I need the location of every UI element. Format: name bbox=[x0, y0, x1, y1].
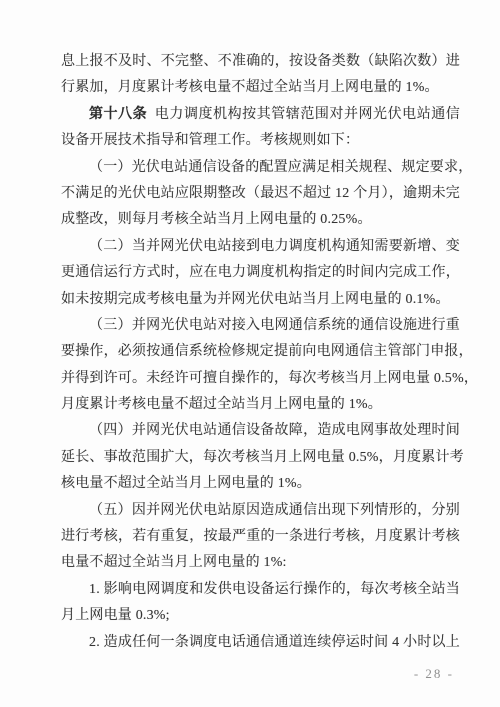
text-line-article-heading: 第十八条电力调度机构按其管辖范围对并网光伏电站通信 bbox=[61, 102, 460, 128]
text-line: 设备开展技术指导和管理工作。考核规则如下： bbox=[61, 128, 460, 154]
text-line: 延长、事故范围扩大，每次考核当月上网电量 0.5%，月度累计考 bbox=[61, 445, 460, 471]
text-line: 并得到许可。未经许可擅自操作的，每次考核当月上网电量 0.5%， bbox=[61, 366, 460, 392]
page-number: - 28 - bbox=[414, 666, 454, 682]
text-line: 行累加，月度累计考核电量不超过全站当月上网电量的 1%。 bbox=[61, 75, 460, 101]
text-line: 不满足的光伏电站应限期整改（最迟不超过 12 个月），逾期未完 bbox=[61, 181, 460, 207]
text-line: 成整改，则每月考核全站当月上网电量的 0.25%。 bbox=[61, 207, 460, 233]
text-line: （五）因并网光伏电站原因造成通信出现下列情形的，分别 bbox=[61, 498, 460, 524]
text-line: （一）光伏电站通信设备的配置应满足相关规程、规定要求， bbox=[61, 155, 460, 181]
text-line: 月上网电量 0.3%; bbox=[61, 603, 460, 629]
text-line: 月度累计考核电量不超过全站当月上网电量的 1%。 bbox=[61, 392, 460, 418]
article-heading-text: 电力调度机构按其管辖范围对并网光伏电站通信 bbox=[155, 107, 460, 122]
text-line: 更通信运行方式时，应在电力调度机构指定的时间内完成工作， bbox=[61, 260, 460, 286]
article-number-label: 第十八条 bbox=[89, 107, 147, 122]
document-page: 息上报不及时、不完整、不准确的，按设备类数（缺陷次数）进 行累加，月度累计考核电… bbox=[0, 0, 500, 707]
text-line: 息上报不及时、不完整、不准确的，按设备类数（缺陷次数）进 bbox=[61, 49, 460, 75]
text-line: 进行考核，若有重复，按最严重的一条进行考核，月度累计考核 bbox=[61, 524, 460, 550]
text-line: 2. 造成任何一条调度电话通信通道连续停运时间 4 小时以上 bbox=[61, 630, 460, 656]
text-line: 核电量不超过全站当月上网电量的 1%。 bbox=[61, 471, 460, 497]
text-line: （四）并网光伏电站通信设备故障，造成电网事故处理时间 bbox=[61, 418, 460, 444]
document-text-block: 息上报不及时、不完整、不准确的，按设备类数（缺陷次数）进 行累加，月度累计考核电… bbox=[61, 49, 460, 656]
text-line: 1. 影响电网调度和发供电设备运行操作的，每次考核全站当 bbox=[61, 577, 460, 603]
text-line: 要操作，必须按通信系统检修规定提前向电网通信主管部门申报， bbox=[61, 339, 460, 365]
text-line: 电量不超过全站当月上网电量的 1%: bbox=[61, 550, 460, 576]
text-line: （二）当并网光伏电站接到电力调度机构通知需要新增、变 bbox=[61, 234, 460, 260]
text-line: 如未按期完成考核电量为并网光伏电站当月上网电量的 0.1%。 bbox=[61, 287, 460, 313]
text-line: （三）并网光伏电站对接入电网通信系统的通信设施进行重 bbox=[61, 313, 460, 339]
